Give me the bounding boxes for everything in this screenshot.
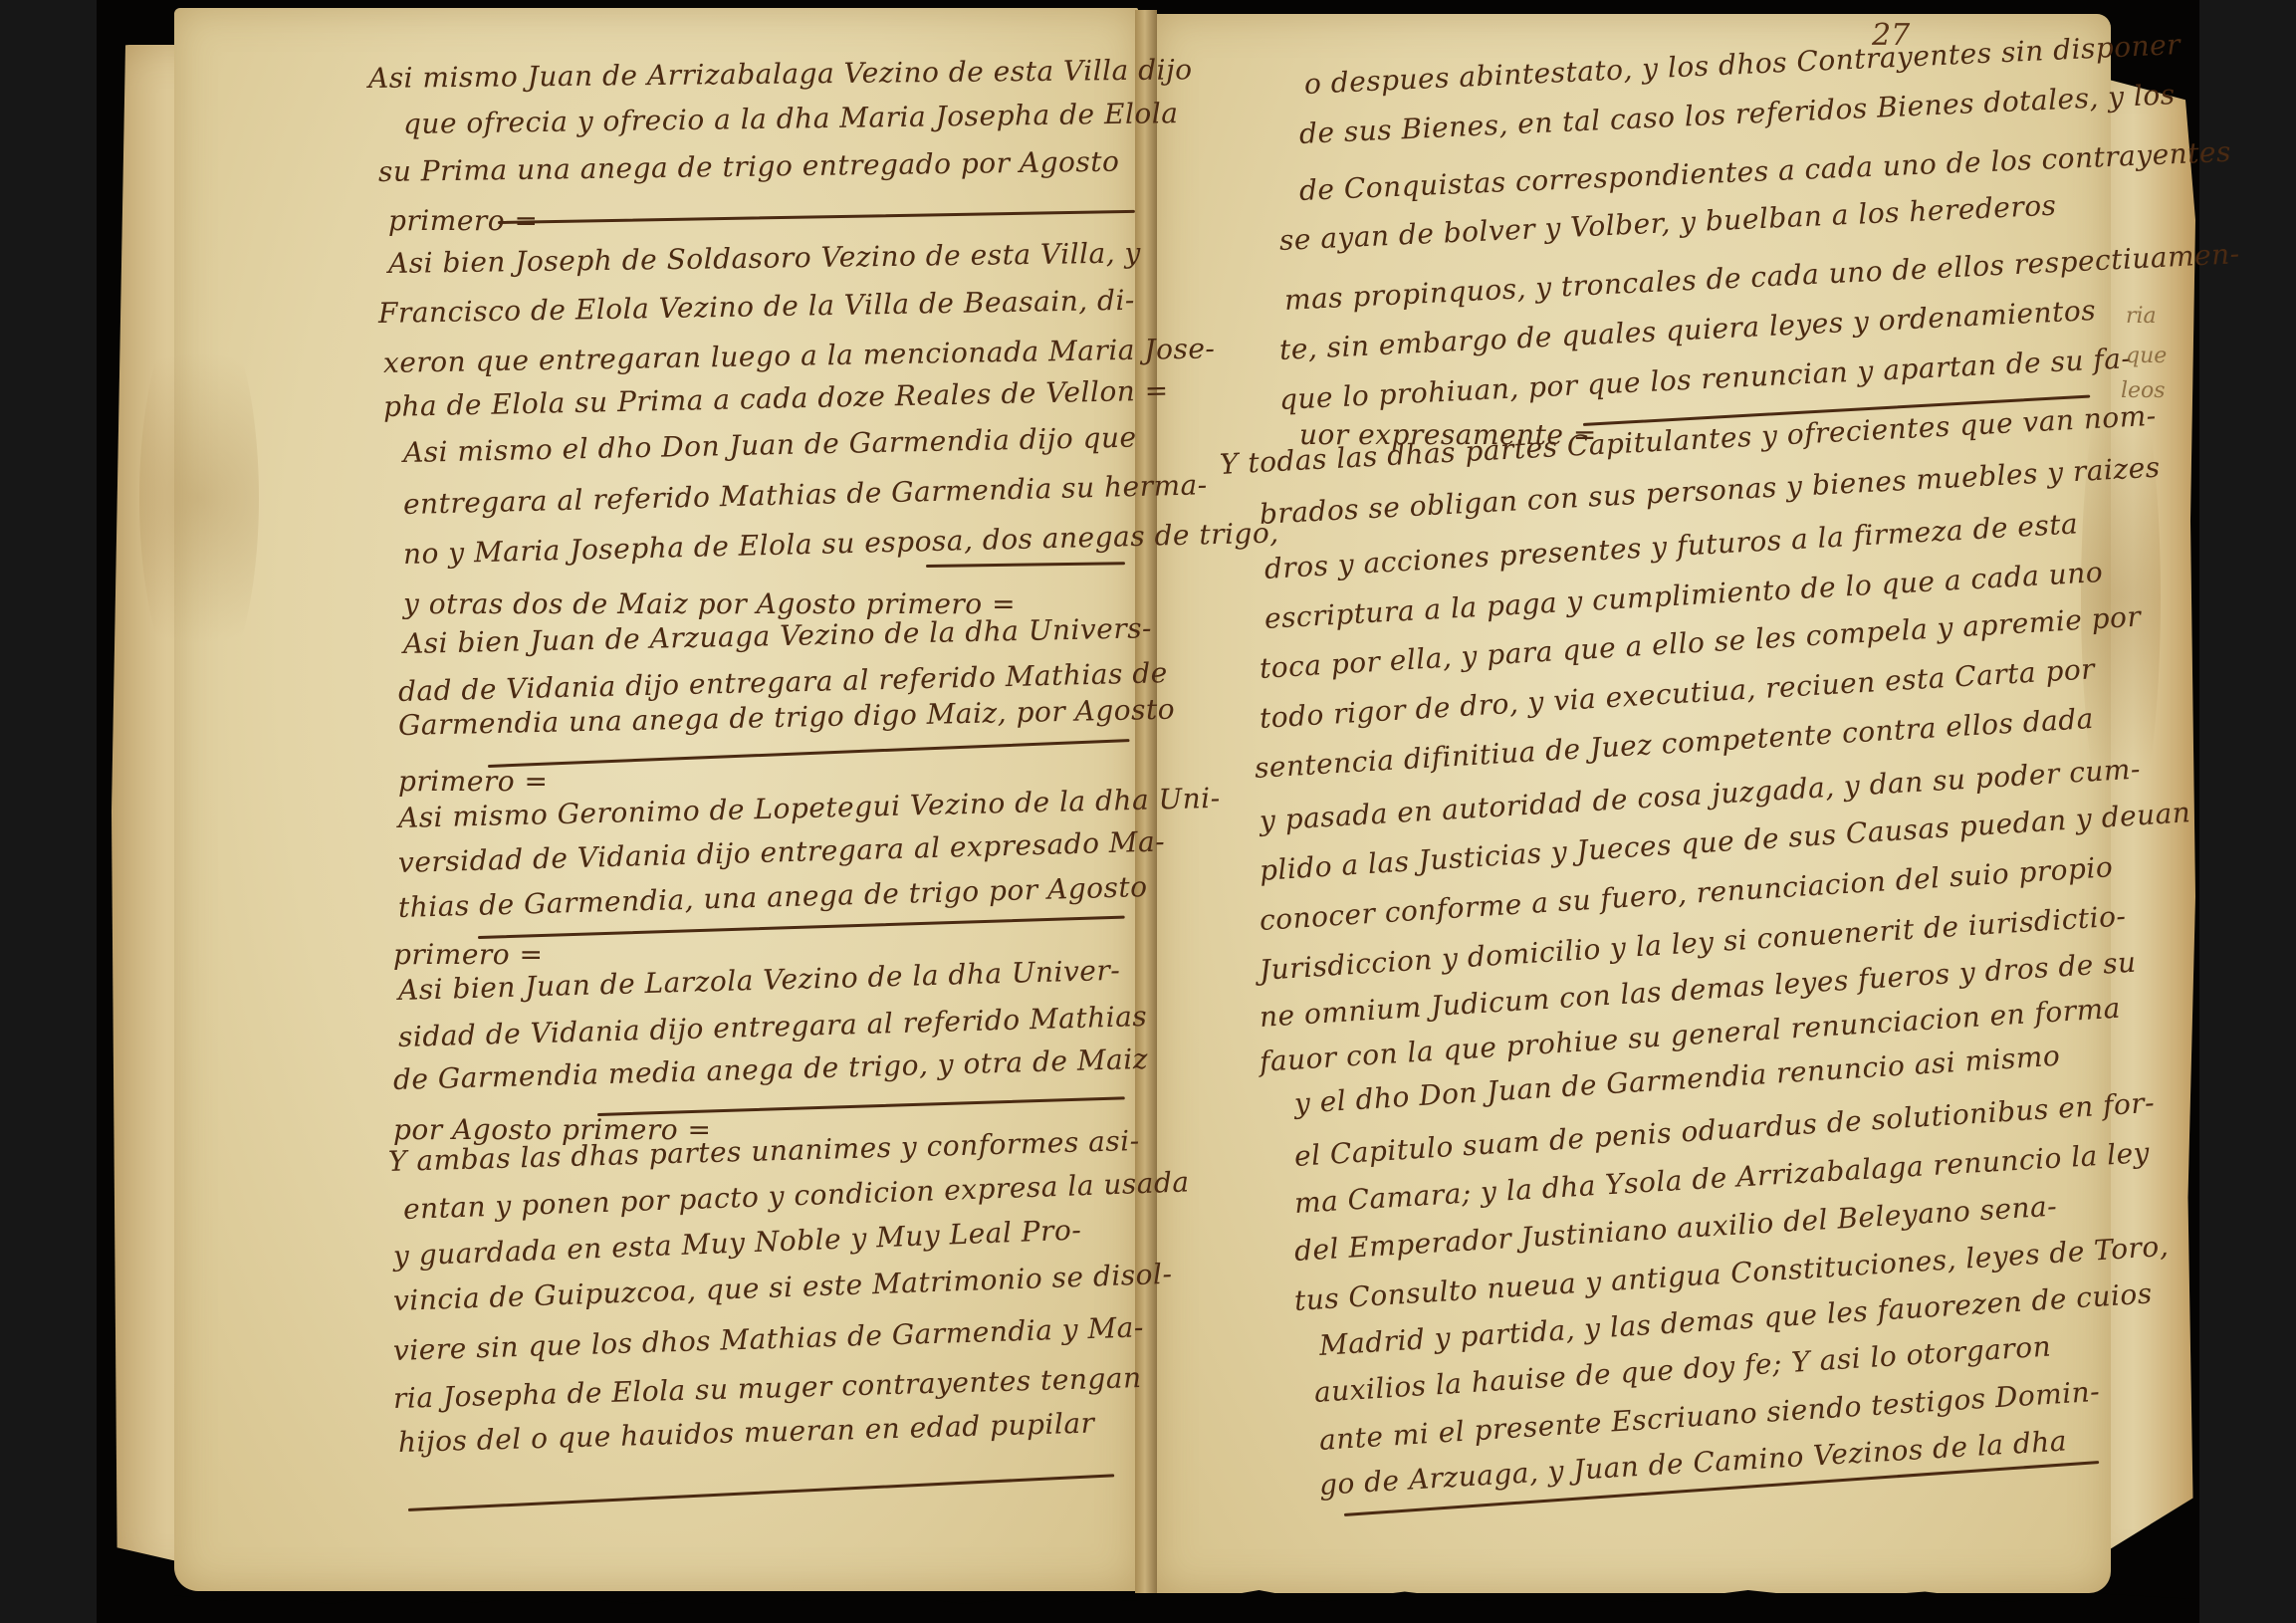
margin-fragment: ria <box>2126 304 2157 329</box>
water-stain <box>139 299 259 697</box>
text-line: primero = <box>398 765 549 798</box>
margin-fragment: leos <box>2121 378 2166 403</box>
text-line: primero = <box>393 938 544 971</box>
margin-fragment: que <box>2126 344 2167 368</box>
